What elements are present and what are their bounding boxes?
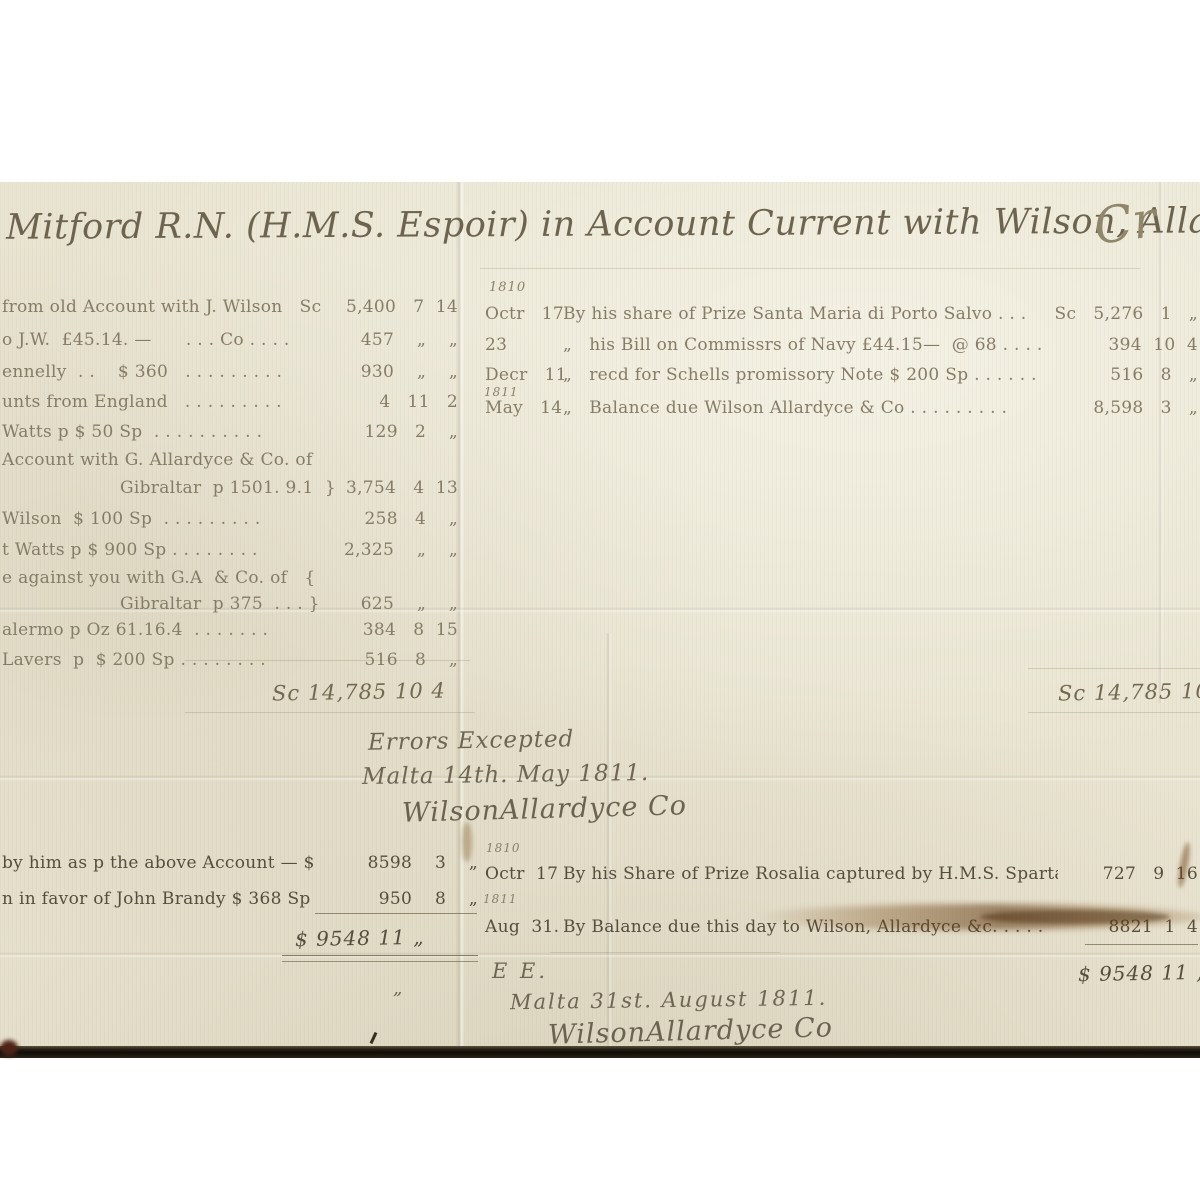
ledger-row: Gibraltar p 375 . . . } 625 „ „ [120, 594, 458, 614]
entry-date: Decr 11 [485, 365, 563, 385]
entry-date: Octr 17 [485, 864, 563, 884]
entry-description: alermo p Oz 61.16.4 . . . . . . . [2, 620, 268, 640]
year-label: 1811 [484, 385, 519, 399]
ledger-row: Decr 11 „ recd for Schells promissory No… [485, 365, 1198, 385]
signature: WilsonAllardyce Co [402, 790, 688, 828]
ruled-line-credit-total-top [1028, 668, 1200, 669]
ledger-row: from old Account with J. Wilson Sc 5,400… [2, 297, 458, 317]
year-label: 1810 [489, 280, 526, 295]
ledger-row: Account with G. Allardyce & Co. of [2, 450, 458, 470]
ledger-row: ennelly . . $ 360 . . . . . . . . . 930 … [2, 362, 458, 382]
entry-description: „ Balance due Wilson Allardyce & Co . . … [563, 398, 1058, 418]
entry-description: n in favor of John Brandy $ 368 Sp [2, 889, 311, 909]
entry-amount: 5,400 7 14 [346, 297, 458, 317]
signature: WilsonAllardyce Co [548, 1012, 834, 1050]
entry-amount: 394 10 4 [1058, 335, 1198, 355]
entry-amount [348, 568, 458, 588]
ledger-row: t Watts p $ 900 Sp . . . . . . . . 2,325… [2, 540, 458, 560]
ledger-row: Octr 17 By his Share of Prize Rosalia ca… [485, 864, 1198, 884]
ruled-line-header [480, 268, 1140, 269]
scanned-document: Mitford R.N. (H.M.S. Espoir) in Account … [0, 0, 1200, 1200]
place-date-line: Malta 31st. August 1811. [510, 986, 828, 1014]
fold-crease-vertical-center-bottom [606, 633, 612, 1050]
entry-description: „ recd for Schells promissory Note $ 200… [563, 365, 1058, 385]
ledger-row: Gibraltar p 1501. 9.1 } 3,754 4 13 [120, 478, 458, 498]
entry-description: „ his Bill on Commissrs of Navy £44.15— … [563, 335, 1058, 355]
entry-description: Gibraltar p 375 . . . } [120, 594, 320, 614]
ledger-row: o J.W. £45.14. — . . . Co . . . . 457 „ … [2, 330, 458, 350]
entry-description: e against you with G.A & Co. of { [2, 568, 315, 588]
ink-tick-mark [370, 1032, 378, 1044]
ruled-line-addendum-debit-double-1 [282, 955, 478, 956]
entry-description: t Watts p $ 900 Sp . . . . . . . . [2, 540, 258, 560]
page-title: Mitford R.N. (H.M.S. Espoir) in Account … [6, 200, 1200, 247]
entry-amount: Sc 5,276 1 „ [1055, 304, 1199, 324]
entry-amount: 384 8 15 [348, 620, 458, 640]
debit-total: Sc 14,785 10 4 [272, 678, 446, 705]
ledger-row: May 14 „ Balance due Wilson Allardyce & … [485, 398, 1198, 418]
year-label: 1811 [483, 892, 518, 906]
entry-amount: 516 8 „ [1058, 365, 1198, 385]
ruled-line-closing [550, 952, 780, 953]
paper-corner-stain [0, 1040, 18, 1056]
paper-bottom-edge [0, 1046, 1200, 1058]
ledger-row: by him as p the above Account — $ 8598 3… [2, 853, 478, 873]
credit-total: Sc 14,785 10 4 [1058, 678, 1200, 705]
fold-crease-vertical-right [1158, 182, 1164, 703]
entry-description: Account with G. Allardyce & Co. of [2, 450, 313, 470]
ledger-row: n in favor of John Brandy $ 368 Sp 950 8… [2, 889, 478, 909]
ruled-line-addendum-debit-double-2 [282, 961, 478, 962]
ruled-line-debit-total-top [185, 660, 470, 661]
entry-amount: 8,598 3 „ [1058, 398, 1198, 418]
entry-date: May 14 [485, 398, 563, 418]
ledger-row: alermo p Oz 61.16.4 . . . . . . . 384 8 … [2, 620, 458, 640]
ruled-line-addendum-debit [315, 913, 477, 914]
ruled-line-addendum-credit [1085, 944, 1198, 945]
ledger-row: e against you with G.A & Co. of { [2, 568, 458, 588]
entry-amount [348, 450, 458, 470]
entry-amount: 930 „ „ [348, 362, 458, 382]
entry-description: Watts p $ 50 Sp . . . . . . . . . . [2, 422, 262, 442]
entry-amount: 4 11 2 [348, 392, 458, 412]
ledger-row: 23 „ his Bill on Commissrs of Navy £44.1… [485, 335, 1198, 355]
errors-excepted-abbrev: E E. [492, 959, 548, 983]
entry-description: By his share of Prize Santa Maria di Por… [563, 304, 1055, 324]
entry-amount: 258 4 „ [348, 509, 458, 529]
entry-amount: 950 8 „ [368, 889, 478, 909]
entry-amount: 129 2 „ [348, 422, 458, 442]
stray-ink-mark: „ [393, 978, 402, 999]
entry-description: Wilson $ 100 Sp . . . . . . . . . [2, 509, 261, 529]
year-label: 1810 [486, 841, 521, 855]
errors-excepted-note: Errors Excepted [368, 726, 575, 756]
entry-amount: 625 „ „ [348, 594, 458, 614]
entry-amount: 2,325 „ „ [344, 540, 458, 560]
entry-description: from old Account with J. Wilson Sc [2, 297, 321, 317]
ledger-row: Octr 17 By his share of Prize Santa Mari… [485, 304, 1198, 324]
addendum-credit-total: $ 9548 11 „ [1078, 960, 1200, 986]
entry-amount: 8598 3 „ [368, 853, 478, 873]
entry-description: By his Share of Prize Rosalia captured b… [563, 864, 1058, 884]
stain-streak-core [980, 910, 1170, 924]
entry-description: Gibraltar p 1501. 9.1 } [120, 478, 336, 498]
ruled-line-debit-total-bottom [185, 712, 475, 713]
entry-amount: 457 „ „ [348, 330, 458, 350]
ledger-row: Watts p $ 50 Sp . . . . . . . . . . 129 … [2, 422, 458, 442]
place-date-line: Malta 14th. May 1811. [362, 760, 650, 790]
ledger-row: Wilson $ 100 Sp . . . . . . . . . 258 4 … [2, 509, 458, 529]
entry-date: 23 [485, 335, 563, 355]
entry-date: Aug 31. [485, 917, 563, 937]
paper-sheet: Mitford R.N. (H.M.S. Espoir) in Account … [0, 182, 1200, 1050]
stain-left-column [462, 822, 472, 862]
addendum-debit-total: $ 9548 11 „ [295, 925, 425, 951]
ruled-line-credit-total-bottom [1028, 712, 1200, 713]
entry-description: o J.W. £45.14. — . . . Co . . . . [2, 330, 290, 350]
entry-description: ennelly . . $ 360 . . . . . . . . . [2, 362, 282, 382]
entry-description: unts from England . . . . . . . . . [2, 392, 282, 412]
entry-description: by him as p the above Account — $ [2, 853, 315, 873]
credit-corner-mark: Cr [1090, 190, 1160, 256]
entry-date: Octr 17 [485, 304, 563, 324]
entry-amount: 3,754 4 13 [346, 478, 458, 498]
entry-amount: 727 9 16 [1058, 864, 1198, 884]
ledger-row: unts from England . . . . . . . . . 4 11… [2, 392, 458, 412]
